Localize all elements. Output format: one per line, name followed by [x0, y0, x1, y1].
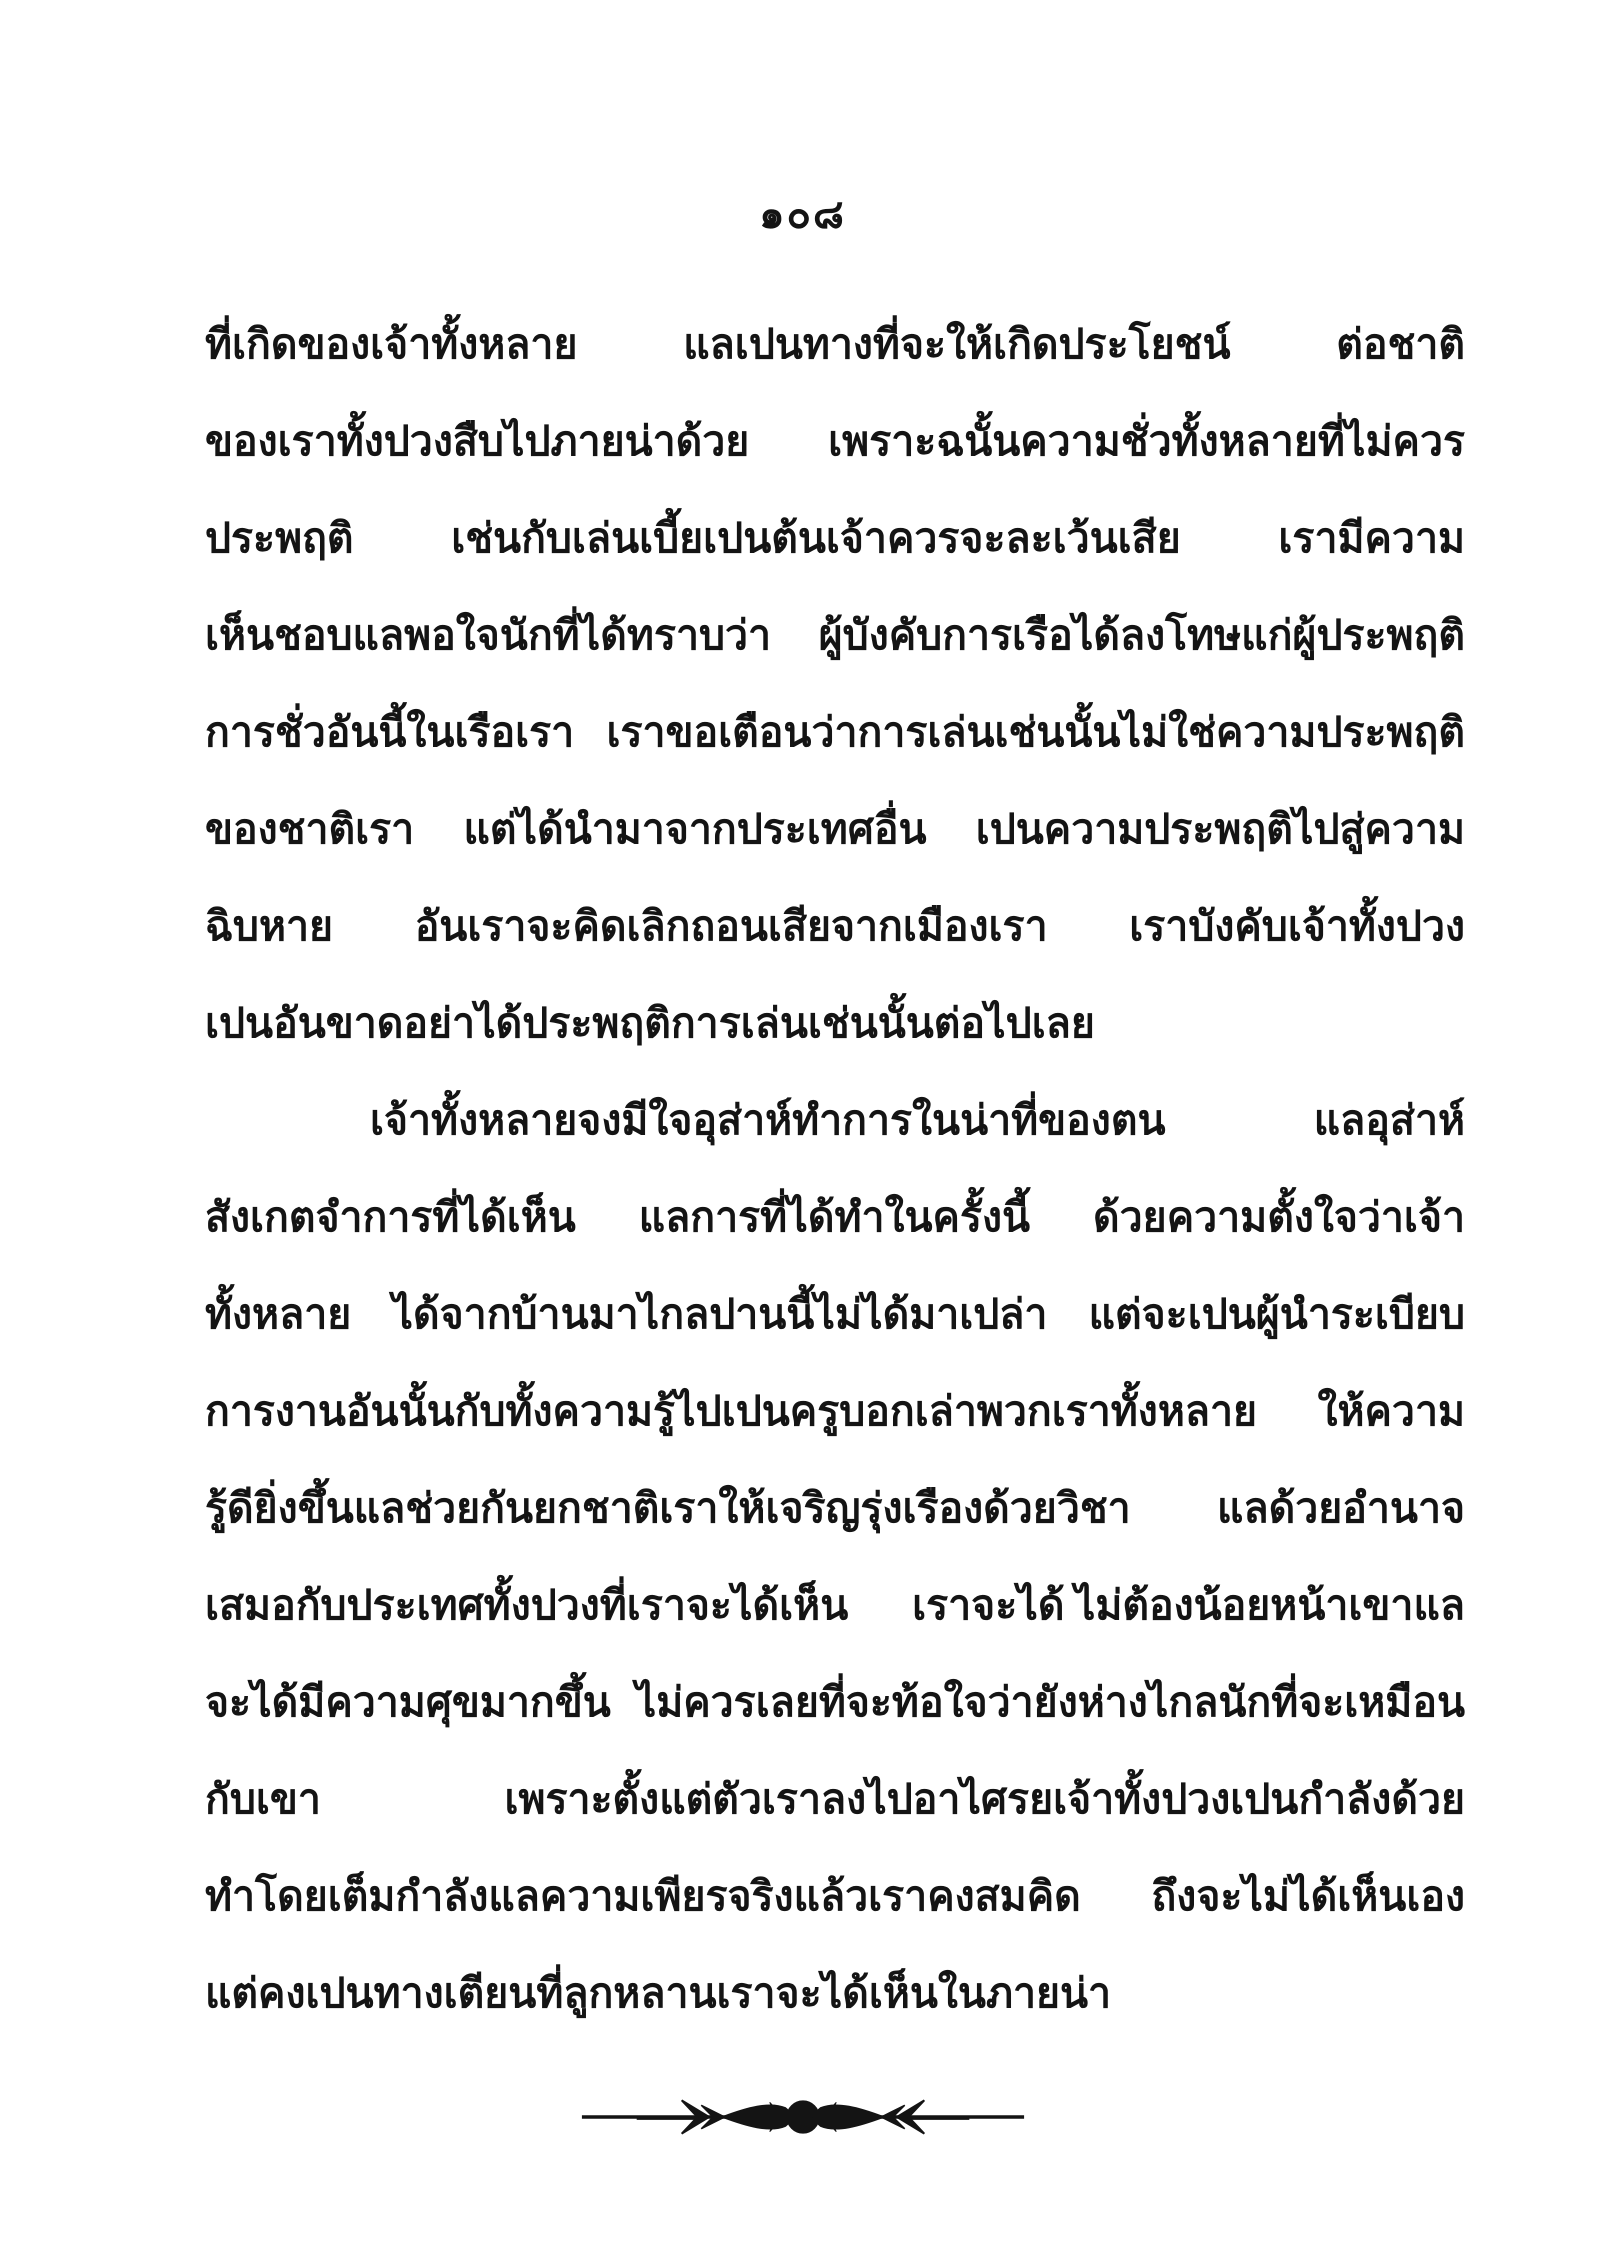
- text-segment: เสมอกับประเทศทั้งปวงที่เราจะได้เห็น: [205, 1585, 848, 1626]
- text-line: แต่คงเปนทางเตียนที่ลูกหลานเราจะได้เห็นใน…: [205, 1945, 1465, 2042]
- text-segment: กับเขา: [205, 1779, 321, 1820]
- text-segment: เราจะได้ ไม่ต้องน้อยหน้าเขาแล: [912, 1585, 1465, 1626]
- text-segment: เห็นชอบแลพอใจนักที่ได้ทราบว่า: [205, 615, 771, 656]
- arrow-ornament-icon: [578, 2088, 1028, 2146]
- text-line: ประพฤติเช่นกับเล่นเบี้ยเปนต้นเจ้าควรจะละ…: [205, 490, 1465, 587]
- text-segment: แต่จะเปนผู้นำระเบียบ: [1089, 1294, 1465, 1335]
- text-line: ฉิบหายอันเราจะคิดเลิกถอนเสียจากเมืองเราเ…: [205, 878, 1465, 975]
- text-segment: ของชาติเรา: [205, 809, 414, 850]
- text-line: กับเขาเพราะตั้งแต่ตัวเราลงไปอาไศรยเจ้าทั…: [205, 1751, 1465, 1848]
- text-line: ที่เกิดของเจ้าทั้งหลายแลเปนทางที่จะให้เก…: [205, 296, 1465, 393]
- text-segment: เปนความประพฤติไปสู่ความ: [976, 809, 1465, 850]
- text-line: ของเราทั้งปวงสืบไปภายน่าด้วยเพราะฉนั้นคว…: [205, 393, 1465, 490]
- text-line: รู้ดียิ่งขึ้นแลช่วยกันยกชาติเราให้เจริญร…: [205, 1460, 1465, 1557]
- text-line: ทำโดยเต็มกำลังแลความเพียรจริงแล้วเราคงสม…: [205, 1848, 1465, 1945]
- text-segment: แต่ได้นำมาจากประเทศอื่น: [463, 809, 926, 850]
- text-segment: ที่เกิดของเจ้าทั้งหลาย: [205, 324, 577, 365]
- text-line: ทั้งหลายได้จากบ้านมาไกลปานนี้ไม่ได้มาเปล…: [205, 1266, 1465, 1363]
- text-line: การชั่วอันนี้ในเรือเราเราขอเตือนว่าการเล…: [205, 684, 1465, 781]
- text-line: จะได้มีความศุขมากขึ้นไม่ควรเลยที่จะท้อใจ…: [205, 1654, 1465, 1751]
- text-line: สังเกตจำการที่ได้เห็นแลการที่ได้ทำในครั้…: [205, 1169, 1465, 1266]
- divider-ornament: [0, 2088, 1605, 2151]
- text-segment: ถึงจะไม่ได้เห็นเอง: [1151, 1876, 1465, 1917]
- text-segment: ต่อชาติ: [1336, 324, 1465, 365]
- text-segment: เพราะตั้งแต่ตัวเราลงไปอาไศรยเจ้าทั้งปวงเ…: [504, 1779, 1465, 1820]
- text-segment: ทำโดยเต็มกำลังแลความเพียรจริงแล้วเราคงสม…: [205, 1876, 1081, 1917]
- text-segment: จะได้มีความศุขมากขึ้น: [205, 1682, 611, 1723]
- text-segment: ของเราทั้งปวงสืบไปภายน่าด้วย: [205, 421, 749, 462]
- text-line: การงานอันนั้นกับทั้งความรู้ไปเปนครูบอกเล…: [205, 1363, 1465, 1460]
- text-segment: แต่คงเปนทางเตียนที่ลูกหลานเราจะได้เห็นใน…: [205, 1973, 1111, 2014]
- text-segment: เปนอันขาดอย่าได้ประพฤติการเล่นเช่นนั้นต่…: [205, 1003, 1095, 1044]
- text-segment: แลการที่ได้ทำในครั้งนี้: [639, 1197, 1030, 1238]
- text-segment: อันเราจะคิดเลิกถอนเสียจากเมืองเรา: [415, 906, 1048, 947]
- scanned-page: ๑๐๘ ที่เกิดของเจ้าทั้งหลายแลเปนทางที่จะใ…: [0, 0, 1605, 2268]
- text-segment: สังเกตจำการที่ได้เห็น: [205, 1197, 576, 1238]
- text-segment: เราขอเตือนว่าการเล่นเช่นนั้นไม่ใช่ความปร…: [606, 712, 1465, 753]
- body-text: ที่เกิดของเจ้าทั้งหลายแลเปนทางที่จะให้เก…: [0, 296, 1605, 2042]
- text-segment: ด้วยความตั้งใจว่าเจ้า: [1093, 1197, 1465, 1238]
- text-line: เปนอันขาดอย่าได้ประพฤติการเล่นเช่นนั้นต่…: [205, 975, 1465, 1072]
- text-segment: การงานอันนั้นกับทั้งความรู้ไปเปนครูบอกเล…: [205, 1391, 1257, 1432]
- text-segment: แลอุส่าห์: [1314, 1100, 1465, 1141]
- text-segment: เรามีความ: [1278, 518, 1465, 559]
- text-line: ของชาติเราแต่ได้นำมาจากประเทศอื่นเปนความ…: [205, 781, 1465, 878]
- text-line: เสมอกับประเทศทั้งปวงที่เราจะได้เห็นเราจะ…: [205, 1557, 1465, 1654]
- text-segment: ฉิบหาย: [205, 906, 333, 947]
- page-number: ๑๐๘: [0, 182, 1605, 246]
- text-segment: แลด้วยอำนาจ: [1217, 1488, 1465, 1529]
- text-segment: ได้จากบ้านมาไกลปานนี้ไม่ได้มาเปล่า: [392, 1294, 1047, 1335]
- text-line: เจ้าทั้งหลายจงมีใจอุส่าห์ทำการในน่าที่ขอ…: [205, 1072, 1465, 1169]
- text-segment: เราบังคับเจ้าทั้งปวง: [1129, 906, 1465, 947]
- text-segment: เช่นกับเล่นเบี้ยเปนต้นเจ้าควรจะละเว้นเสี…: [451, 518, 1181, 559]
- text-line: เห็นชอบแลพอใจนักที่ได้ทราบว่าผู้บังคับกา…: [205, 587, 1465, 684]
- text-segment: การชั่วอันนี้ในเรือเรา: [205, 712, 574, 753]
- text-segment: รู้ดียิ่งขึ้นแลช่วยกันยกชาติเราให้เจริญร…: [205, 1488, 1131, 1529]
- text-segment: ไม่ควรเลยที่จะท้อใจว่ายังห่างไกลนักที่จะ…: [636, 1682, 1465, 1723]
- text-segment: เจ้าทั้งหลายจงมีใจอุส่าห์ทำการในน่าที่ขอ…: [370, 1100, 1165, 1141]
- text-segment: ประพฤติ: [205, 518, 354, 559]
- text-segment: ให้ความ: [1317, 1391, 1465, 1432]
- text-segment: ผู้บังคับการเรือได้ลงโทษแก่ผู้ประพฤติ: [819, 615, 1465, 656]
- text-segment: แลเปนทางที่จะให้เกิดประโยชน์: [683, 324, 1230, 365]
- text-segment: เพราะฉนั้นความชั่วทั้งหลายที่ไม่ควร: [828, 421, 1465, 462]
- text-segment: ทั้งหลาย: [205, 1294, 351, 1335]
